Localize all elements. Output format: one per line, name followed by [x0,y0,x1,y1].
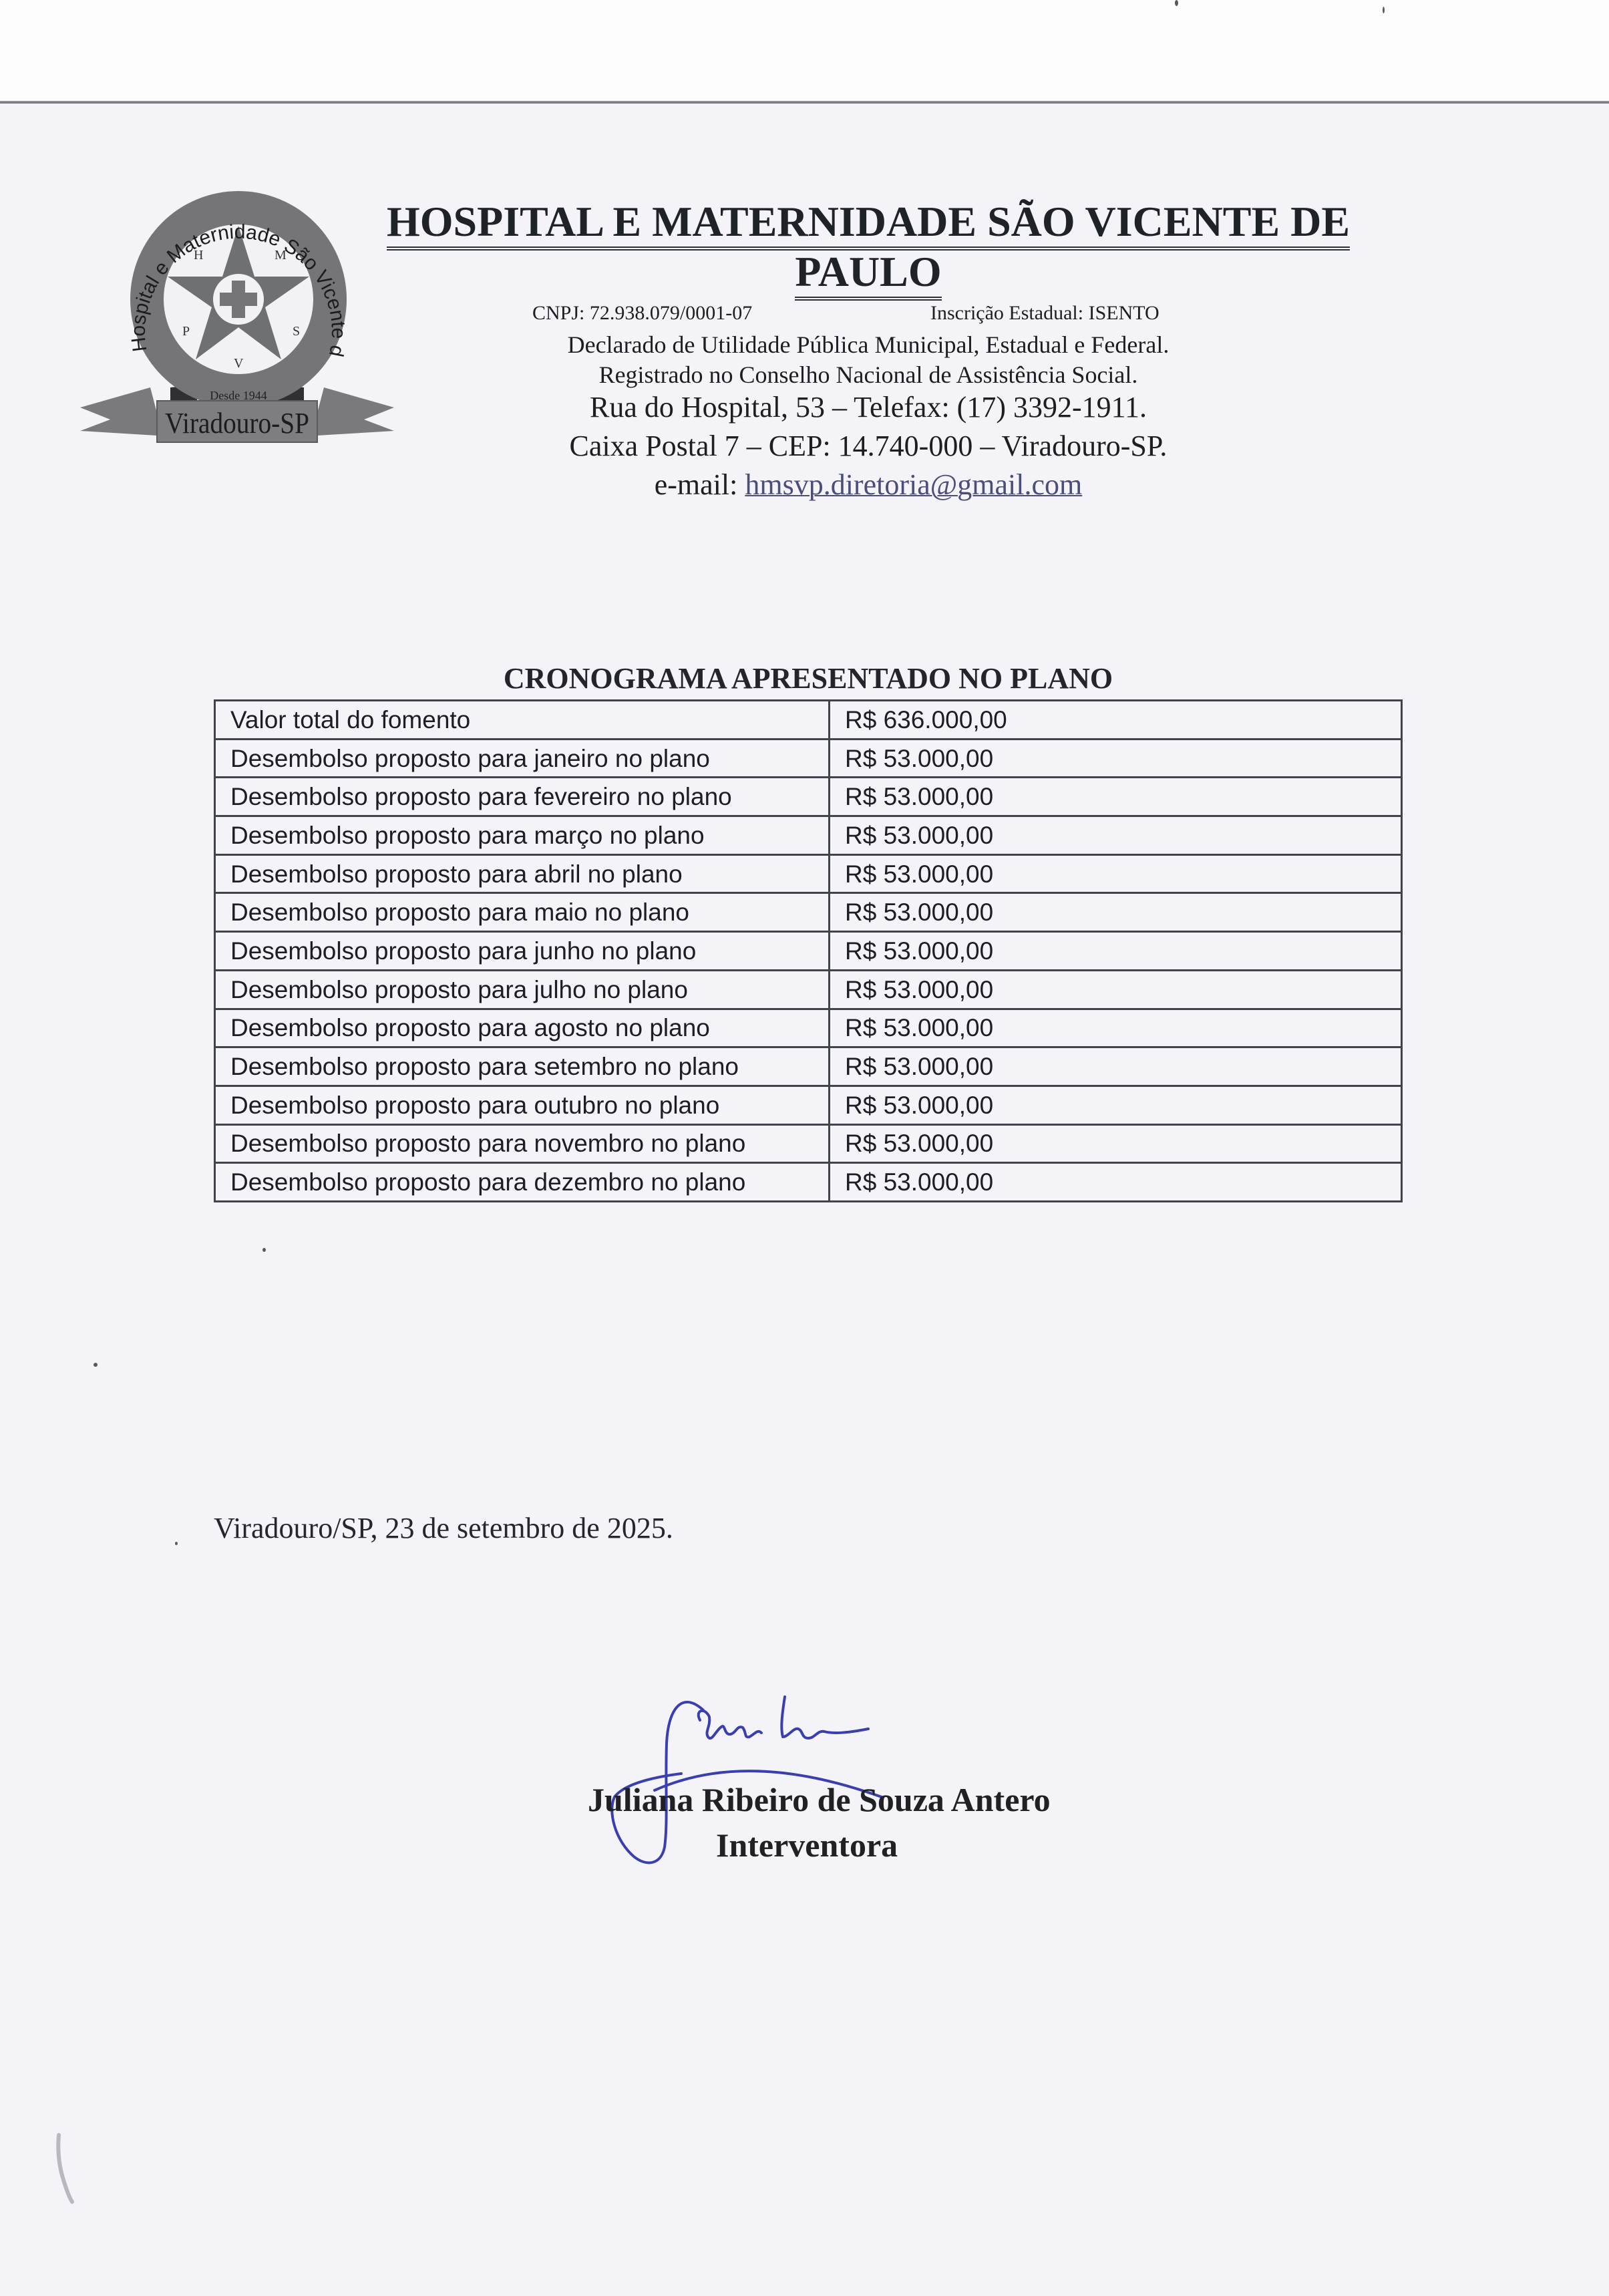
svg-text:S: S [293,324,300,339]
row-amount: R$ 53.000,00 [830,816,1402,855]
row-description: Desembolso proposto para junho no plano [215,932,830,971]
scan-speck [94,1363,98,1367]
row-amount: R$ 53.000,00 [830,932,1402,971]
row-description: Desembolso proposto para agosto no plano [215,1009,830,1047]
scan-speck [1175,0,1178,6]
row-description: Desembolso proposto para abril no plano [215,854,830,893]
public-utility-line: Declarado de Utilidade Pública Municipal… [334,331,1403,359]
address-phone: Rua do Hospital, 53 – Telefax: (17) 3392… [334,390,1403,424]
scan-speck [1383,7,1385,13]
row-description: Desembolso proposto para julho no plano [215,970,830,1009]
scan-speck [175,1542,178,1545]
postal-address: Caixa Postal 7 – CEP: 14.740-000 – Virad… [334,429,1403,463]
row-description: Desembolso proposto para janeiro no plan… [215,739,830,778]
scan-smudge [53,2131,80,2211]
table-row: Desembolso proposto para março no planoR… [215,816,1402,855]
table-row: Desembolso proposto para junho no planoR… [215,932,1402,971]
institution-title-cont: PAULO [334,251,1403,293]
page-edge-line [0,101,1609,104]
table-row: Desembolso proposto para dezembro no pla… [215,1163,1402,1202]
table-row: Desembolso proposto para maio no planoR$… [215,893,1402,932]
social-assistance-line: Registrado no Conselho Nacional de Assis… [334,361,1403,389]
row-description: Desembolso proposto para dezembro no pla… [215,1163,830,1202]
row-amount: R$ 53.000,00 [830,970,1402,1009]
row-amount: R$ 53.000,00 [830,1086,1402,1124]
table-row: Desembolso proposto para novembro no pla… [215,1124,1402,1163]
email-label: e-mail: [655,468,745,501]
table-row: Desembolso proposto para agosto no plano… [215,1009,1402,1047]
email-link[interactable]: hmsvp.diretoria@gmail.com [745,468,1082,501]
place-date: Viradouro/SP, 23 de setembro de 2025. [214,1511,673,1545]
row-amount: R$ 53.000,00 [830,739,1402,778]
table-row: Desembolso proposto para outubro no plan… [215,1086,1402,1124]
row-amount: R$ 53.000,00 [830,854,1402,893]
signatory-name: Juliana Ribeiro de Souza Antero [588,1780,1051,1819]
row-amount: R$ 53.000,00 [830,1124,1402,1163]
table-row: Desembolso proposto para janeiro no plan… [215,739,1402,778]
svg-text:V: V [234,356,244,371]
row-amount: R$ 53.000,00 [830,1009,1402,1047]
row-amount: R$ 53.000,00 [830,893,1402,932]
svg-text:Viradouro-SP: Viradouro-SP [165,407,309,440]
row-amount: R$ 53.000,00 [830,1163,1402,1202]
email-line: e-mail: hmsvp.diretoria@gmail.com [334,468,1403,502]
row-amount: R$ 53.000,00 [830,1047,1402,1086]
schedule-title: CRONOGRAMA APRESENTADO NO PLANO [214,661,1403,695]
scan-speck [262,1248,266,1252]
table-row: Desembolso proposto para setembro no pla… [215,1047,1402,1086]
table-row: Desembolso proposto para abril no planoR… [215,854,1402,893]
row-amount: R$ 53.000,00 [830,778,1402,816]
row-description: Desembolso proposto para maio no plano [215,893,830,932]
scanner-margin [0,0,1609,102]
row-description: Desembolso proposto para novembro no pla… [215,1124,830,1163]
row-description: Desembolso proposto para março no plano [215,816,830,855]
svg-text:P: P [182,324,190,339]
row-description: Desembolso proposto para outubro no plan… [215,1086,830,1124]
row-description: Desembolso proposto para setembro no pla… [215,1047,830,1086]
cnpj: CNPJ: 72.938.079/0001-07 [532,302,752,325]
row-amount: R$ 636.000,00 [830,701,1402,740]
table-row: Desembolso proposto para julho no planoR… [215,970,1402,1009]
table-row: Valor total do fomentoR$ 636.000,00 [215,701,1402,740]
registration-line: CNPJ: 72.938.079/0001-07 Inscrição Estad… [334,302,1403,326]
row-description: Desembolso proposto para fevereiro no pl… [215,778,830,816]
institution-title: HOSPITAL E MATERNIDADE SÃO VICENTE DE [334,200,1403,243]
signatory-role: Interventora [716,1826,898,1864]
disbursement-schedule-table: Valor total do fomentoR$ 636.000,00Desem… [214,699,1403,1202]
row-description: Valor total do fomento [215,701,830,740]
table-row: Desembolso proposto para fevereiro no pl… [215,778,1402,816]
state-registration: Inscrição Estadual: ISENTO [930,302,1159,325]
